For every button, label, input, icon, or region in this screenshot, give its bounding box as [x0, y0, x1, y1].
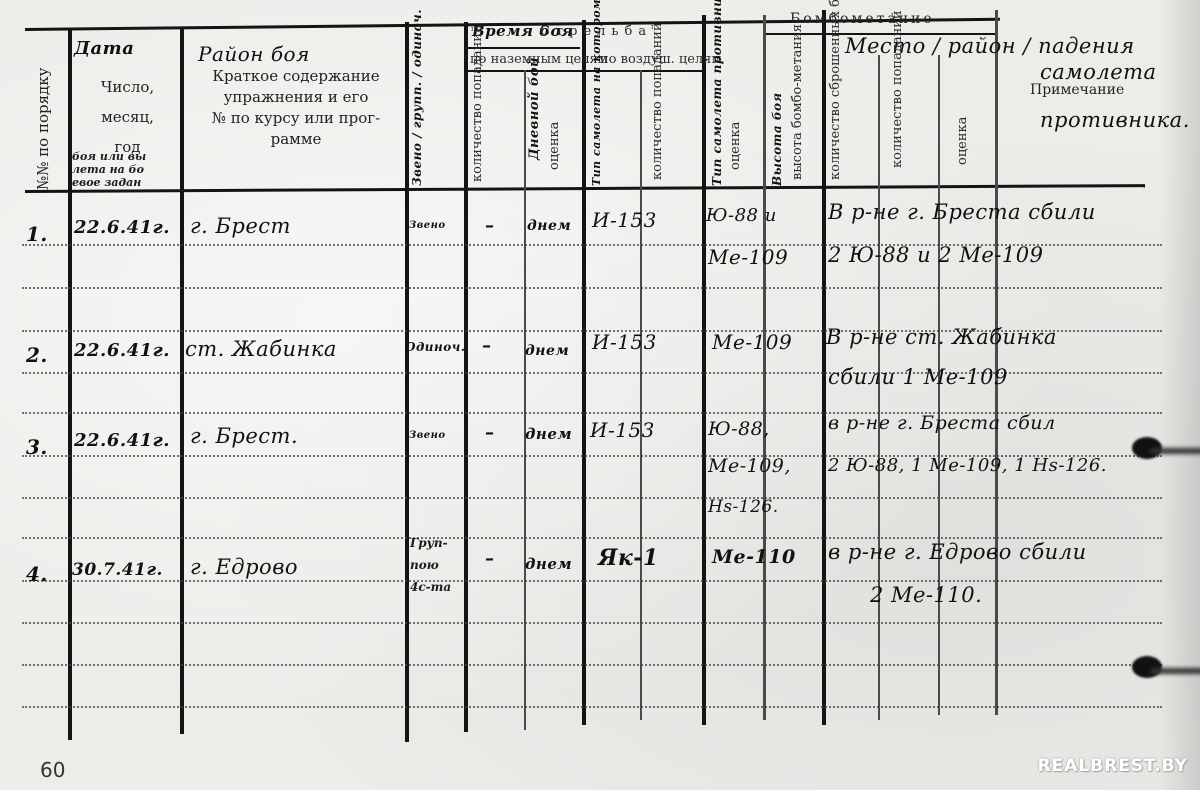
col-divider-date — [180, 28, 184, 734]
row-time: – — [482, 335, 492, 356]
row-plane: И-153 — [590, 418, 655, 442]
row-enemy-2: Ме-109, — [708, 455, 791, 477]
header-place-hand-3: противника. — [1040, 108, 1190, 132]
page-number: 60 — [40, 758, 65, 782]
col-divider-height — [822, 10, 826, 725]
header-bomb-score-print: оценка — [955, 117, 970, 165]
header-num: №№ по порядку — [34, 68, 52, 190]
row-rule — [22, 537, 1162, 539]
row-place: ст. Жабинка — [185, 337, 337, 361]
row-group: Звено — [409, 430, 446, 441]
row-plane: Як-1 — [598, 545, 659, 571]
row-rule — [22, 497, 1162, 499]
header-day-print: оценка — [547, 122, 562, 170]
col-divider-enemy — [763, 15, 766, 720]
header-date-print: Число, месяц, год — [75, 72, 180, 162]
row-date: 22.6.41г. — [74, 217, 170, 238]
header-day-hand: Дневной бой — [527, 57, 542, 160]
header-enemy-print: оценка — [728, 122, 743, 170]
row-plane: И-153 — [592, 208, 657, 232]
row-enemy-1: Ю-88 и — [706, 205, 777, 226]
row-rule — [22, 706, 1162, 708]
header-bombing-print: Бомбометание — [790, 11, 935, 27]
row-rule — [22, 622, 1162, 624]
row-date: 22.6.41г. — [74, 430, 170, 451]
header-content-print: Краткое содержание упражнения и его № по… — [190, 66, 402, 150]
row-num: 4. — [26, 562, 48, 586]
row-place: г. Едрово — [190, 555, 298, 579]
header-group-hand: Звено / групп. / одиноч. — [410, 9, 424, 186]
col-divider-qty — [702, 15, 706, 725]
header-height-hand: Высота боя — [770, 92, 784, 186]
row-group: Груп- пою 4с-та — [410, 532, 451, 598]
col-divider-num — [68, 30, 72, 740]
punch-hole-blot — [1132, 656, 1162, 678]
header-bombs-dropped-print: количество сброшенных бомб — [828, 0, 844, 180]
row-enemy-1: Ю-88, — [708, 418, 770, 440]
row-day: днем — [525, 425, 572, 443]
header-enemy-hand: Тип самолета противника — [710, 0, 724, 186]
row-time: – — [485, 548, 495, 569]
col-divider-content — [405, 22, 409, 742]
row-result-2: сбили 1 Ме-109 — [828, 365, 1008, 389]
row-rule — [22, 664, 1162, 666]
row-time: – — [485, 422, 495, 443]
row-place: г. Брест. — [190, 424, 298, 448]
header-content-hand: Район боя — [198, 42, 310, 66]
row-result-1: в р-не г. Едрово сбили — [828, 540, 1087, 564]
header-note-print: Примечание — [1030, 82, 1124, 98]
row-result-1: в р-не г. Бреста сбил — [828, 412, 1056, 434]
header-date-hand: Дата — [74, 38, 134, 59]
row-result-2: 2 Ме-110. — [870, 583, 982, 607]
header-bomb-hits-print: количество попаданий — [890, 10, 905, 168]
logbook-page: №№ по порядку Дата Число, месяц, год боя… — [0, 0, 1200, 790]
row-result-2: 2 Ю-88, 1 Ме-109, 1 Hs-126. — [828, 455, 1107, 476]
row-date: 30.7.41г. — [72, 560, 163, 580]
header-time-sub-print: количество попаданий — [470, 24, 485, 182]
punch-hole-tail — [1150, 668, 1200, 674]
row-place: г. Брест — [190, 214, 291, 238]
col-divider-score — [995, 10, 998, 715]
watermark: REALBREST.BY — [1038, 756, 1188, 776]
row-day: днем — [525, 555, 572, 573]
row-rule — [22, 287, 1162, 289]
header-qty-print: количество попаданий — [650, 22, 665, 180]
row-result-2: 2 Ю-88 и 2 Ме-109 — [828, 243, 1043, 267]
row-group: Звено — [409, 220, 446, 231]
row-num: 2. — [26, 343, 48, 367]
row-enemy-3: Hs-126. — [708, 497, 779, 517]
row-num: 3. — [26, 435, 48, 459]
row-group: Одиноч. — [405, 340, 466, 354]
header-place-hand-1: Место / район / падения — [845, 34, 1135, 58]
row-time: – — [485, 215, 495, 236]
row-enemy-1: Ме-110 — [712, 546, 796, 568]
header-date-hand-sub: боя или вы лета на бо евое задан — [72, 150, 180, 189]
header-height-print: высота бомбо-метания — [790, 24, 805, 180]
col-divider-time — [524, 70, 526, 730]
row-enemy-2: Ме-109 — [708, 245, 788, 269]
header-place-hand-2: самолета — [1040, 60, 1157, 84]
row-day: днем — [527, 218, 571, 234]
header-plane-hand: Тип самолета на котором вел бой — [590, 0, 603, 186]
row-rule — [22, 580, 1162, 582]
col-divider-group — [464, 22, 468, 732]
row-result-1: В р-не ст. Жабинка — [826, 325, 1057, 349]
row-num: 1. — [26, 222, 48, 246]
row-plane: И-153 — [592, 330, 657, 354]
row-enemy-1: Ме-109 — [712, 330, 792, 354]
row-result-1: В р-не г. Бреста сбили — [828, 200, 1096, 224]
row-date: 22.6.41г. — [74, 340, 170, 361]
row-day: днем — [525, 343, 569, 359]
punch-hole-tail — [1150, 448, 1200, 454]
